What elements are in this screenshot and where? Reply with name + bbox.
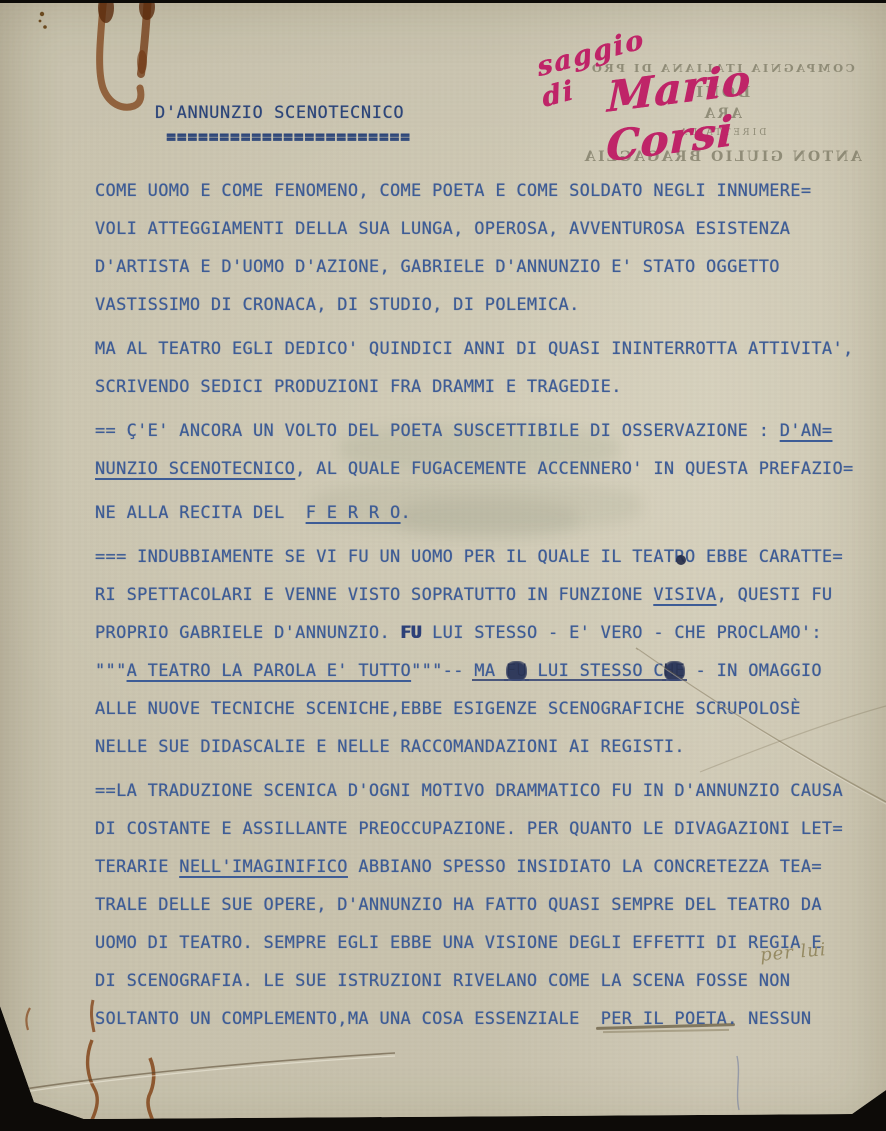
typed-segment: SOLTANTO UN COMPLEMENTO,MA UNA COSA ESSE… bbox=[95, 1009, 601, 1029]
typed-segment: ALLE NUOVE TECNICHE SCENICHE,EBBE ESIGEN… bbox=[95, 699, 801, 719]
typed-segment: MA AL TEATRO EGLI DEDICO' QUINDICI ANNI … bbox=[95, 339, 854, 359]
typed-segment: TRALE DELLE SUE OPERE, D'ANNUNZIO HA FAT… bbox=[95, 895, 822, 915]
scanned-typescript-page: COMPAGNIA ITALIANA DI PROBONIARADIRETTA … bbox=[0, 0, 886, 1131]
typed-line: UOMO DI TEATRO. SEMPRE EGLI EBBE UNA VIS… bbox=[95, 924, 854, 962]
typed-segment: TERARIE bbox=[95, 857, 179, 877]
typed-line: ==LA TRADUZIONE SCENICA D'OGNI MOTIVO DR… bbox=[95, 772, 854, 810]
typed-segment: , AL QUALE FUGACEMENTE ACCENNERO' IN QUE… bbox=[295, 459, 853, 479]
typed-segment: RI SPETTACOLARI E VENNE VISTO SOPRATUTTO… bbox=[95, 585, 653, 605]
typed-line: SOLTANTO UN COMPLEMENTO,MA UNA COSA ESSE… bbox=[95, 1000, 854, 1038]
faint-ink-squiggle bbox=[737, 1056, 739, 1110]
typed-line: NE ALLA RECITA DEL F E R R O. bbox=[95, 494, 854, 532]
typed-segment: === INDUBBIAMENTE SE VI FU UN UOMO PER I… bbox=[95, 547, 843, 567]
typed-line: VASTISSIMO DI CRONACA, DI STUDIO, DI POL… bbox=[95, 286, 854, 324]
typed-segment: VOLI ATTEGGIAMENTI DELLA SUA LUNGA, OPER… bbox=[95, 219, 790, 239]
typed-line: ALLE NUOVE TECNICHE SCENICHE,EBBE ESIGEN… bbox=[95, 690, 854, 728]
typed-segment: FU bbox=[401, 623, 422, 643]
typed-line: VOLI ATTEGGIAMENTI DELLA SUA LUNGA, OPER… bbox=[95, 210, 854, 248]
typed-segment: LUI STESSO C bbox=[527, 661, 664, 681]
typed-line: NELLE SUE DIDASCALIE E NELLE RACCOMANDAZ… bbox=[95, 728, 854, 766]
typed-line: MA AL TEATRO EGLI DEDICO' QUINDICI ANNI … bbox=[95, 330, 854, 368]
typed-line: TERARIE NELL'IMAGINIFICO ABBIANO SPESSO … bbox=[95, 848, 854, 886]
typed-line: DI SCENOGRAFIA. LE SUE ISTRUZIONI RIVELA… bbox=[95, 962, 854, 1000]
rust-speck bbox=[40, 12, 44, 16]
typed-segment: PROPRIO GABRIELE D'ANNUNZIO. bbox=[95, 623, 401, 643]
typed-segment: COME UOMO E COME FENOMENO, COME POETA E … bbox=[95, 181, 811, 201]
typed-segment: """ bbox=[411, 661, 443, 681]
rust-speck bbox=[39, 20, 42, 23]
typed-segment: """ bbox=[95, 661, 127, 681]
typed-body-text: COME UOMO E COME FENOMENO, COME POETA E … bbox=[95, 172, 854, 1038]
typed-line: DI COSTANTE E ASSILLANTE PREOCCUPAZIONE.… bbox=[95, 810, 854, 848]
typed-segment: NELLE SUE DIDASCALIE E NELLE RACCOMANDAZ… bbox=[95, 737, 685, 757]
typed-line: COME UOMO E COME FENOMENO, COME POETA E … bbox=[95, 172, 854, 210]
typed-segment: . bbox=[401, 503, 412, 523]
typed-line: TRALE DELLE SUE OPERE, D'ANNUNZIO HA FAT… bbox=[95, 886, 854, 924]
typed-line: PROPRIO GABRIELE D'ANNUNZIO. FU LUI STES… bbox=[95, 614, 854, 652]
dedication-signature: Mario Corsi bbox=[606, 55, 751, 172]
typed-segment: D'ARTISTA E D'UOMO D'AZIONE, GABRIELE D'… bbox=[95, 257, 780, 277]
rust-speck bbox=[43, 25, 47, 29]
typed-segment: NELL'IMAGINIFICO bbox=[179, 857, 348, 877]
typed-line: SCRIVENDO SEDICI PRODUZIONI FRA DRAMMI E… bbox=[95, 368, 854, 406]
title-underline: ======================= bbox=[166, 127, 411, 147]
typed-segment: VASTISSIMO DI CRONACA, DI STUDIO, DI POL… bbox=[95, 295, 580, 315]
paper-sheet: COMPAGNIA ITALIANA DI PROBONIARADIRETTA … bbox=[0, 0, 886, 1131]
typed-line: === INDUBBIAMENTE SE VI FU UN UOMO PER I… bbox=[95, 538, 854, 576]
rust-stain-top-left bbox=[39, 0, 155, 107]
typed-segment: ==LA TRADUZIONE SCENICA D'OGNI MOTIVO DR… bbox=[95, 781, 843, 801]
typed-segment: PER IL POETA bbox=[601, 1009, 727, 1029]
typed-segment: - IN OMAGGIO bbox=[685, 661, 822, 681]
typed-segment: , QUESTI FU bbox=[717, 585, 833, 605]
typed-segment: ABBIANO SPESSO INSIDIATO LA CONCRETEZZA … bbox=[348, 857, 822, 877]
typed-segment: DI SCENOGRAFIA. LE SUE ISTRUZIONI RIVELA… bbox=[95, 971, 790, 991]
page-title: D'ANNUNZIO SCENOTECNICO bbox=[155, 103, 404, 123]
typed-segment: -- bbox=[443, 661, 475, 681]
typed-segment: F E R R O bbox=[306, 503, 401, 523]
typed-segment: NUNZIO SCENOTECNICO bbox=[95, 459, 295, 479]
typed-segment: . NESSUN bbox=[727, 1009, 811, 1029]
typed-line: RI SPETTACOLARI E VENNE VISTO SOPRATUTTO… bbox=[95, 576, 854, 614]
typed-segment: == Ç'E' ANCORA UN VOLTO DEL POETA SUSCET… bbox=[95, 421, 780, 441]
typed-line: NUNZIO SCENOTECNICO, AL QUALE FUGACEMENT… bbox=[95, 450, 854, 488]
typed-line: """A TEATRO LA PAROLA E' TUTTO"""-- MA F… bbox=[95, 652, 854, 690]
typed-segment: VISIVA bbox=[653, 585, 716, 605]
typed-segment: A TEATRO LA PAROLA E' TUTTO bbox=[127, 661, 411, 681]
typed-segment: D'AN= bbox=[780, 421, 833, 441]
typed-segment: UOMO DI TEATRO. SEMPRE EGLI EBBE UNA VIS… bbox=[95, 933, 822, 953]
typed-segment: LUI STESSO - E' VERO - CHE PROCLAMO': bbox=[422, 623, 822, 643]
typed-segment: FU bbox=[506, 661, 527, 681]
typed-line: == Ç'E' ANCORA UN VOLTO DEL POETA SUSCET… bbox=[95, 412, 854, 450]
typed-segment: HE bbox=[664, 661, 685, 681]
typed-line: D'ARTISTA E D'UOMO D'AZIONE, GABRIELE D'… bbox=[95, 248, 854, 286]
typed-segment: DI COSTANTE E ASSILLANTE PREOCCUPAZIONE.… bbox=[95, 819, 843, 839]
typed-segment: NE ALLA RECITA DEL bbox=[95, 503, 306, 523]
typed-segment: SCRIVENDO SEDICI PRODUZIONI FRA DRAMMI E… bbox=[95, 377, 622, 397]
typed-segment: MA bbox=[474, 661, 506, 681]
